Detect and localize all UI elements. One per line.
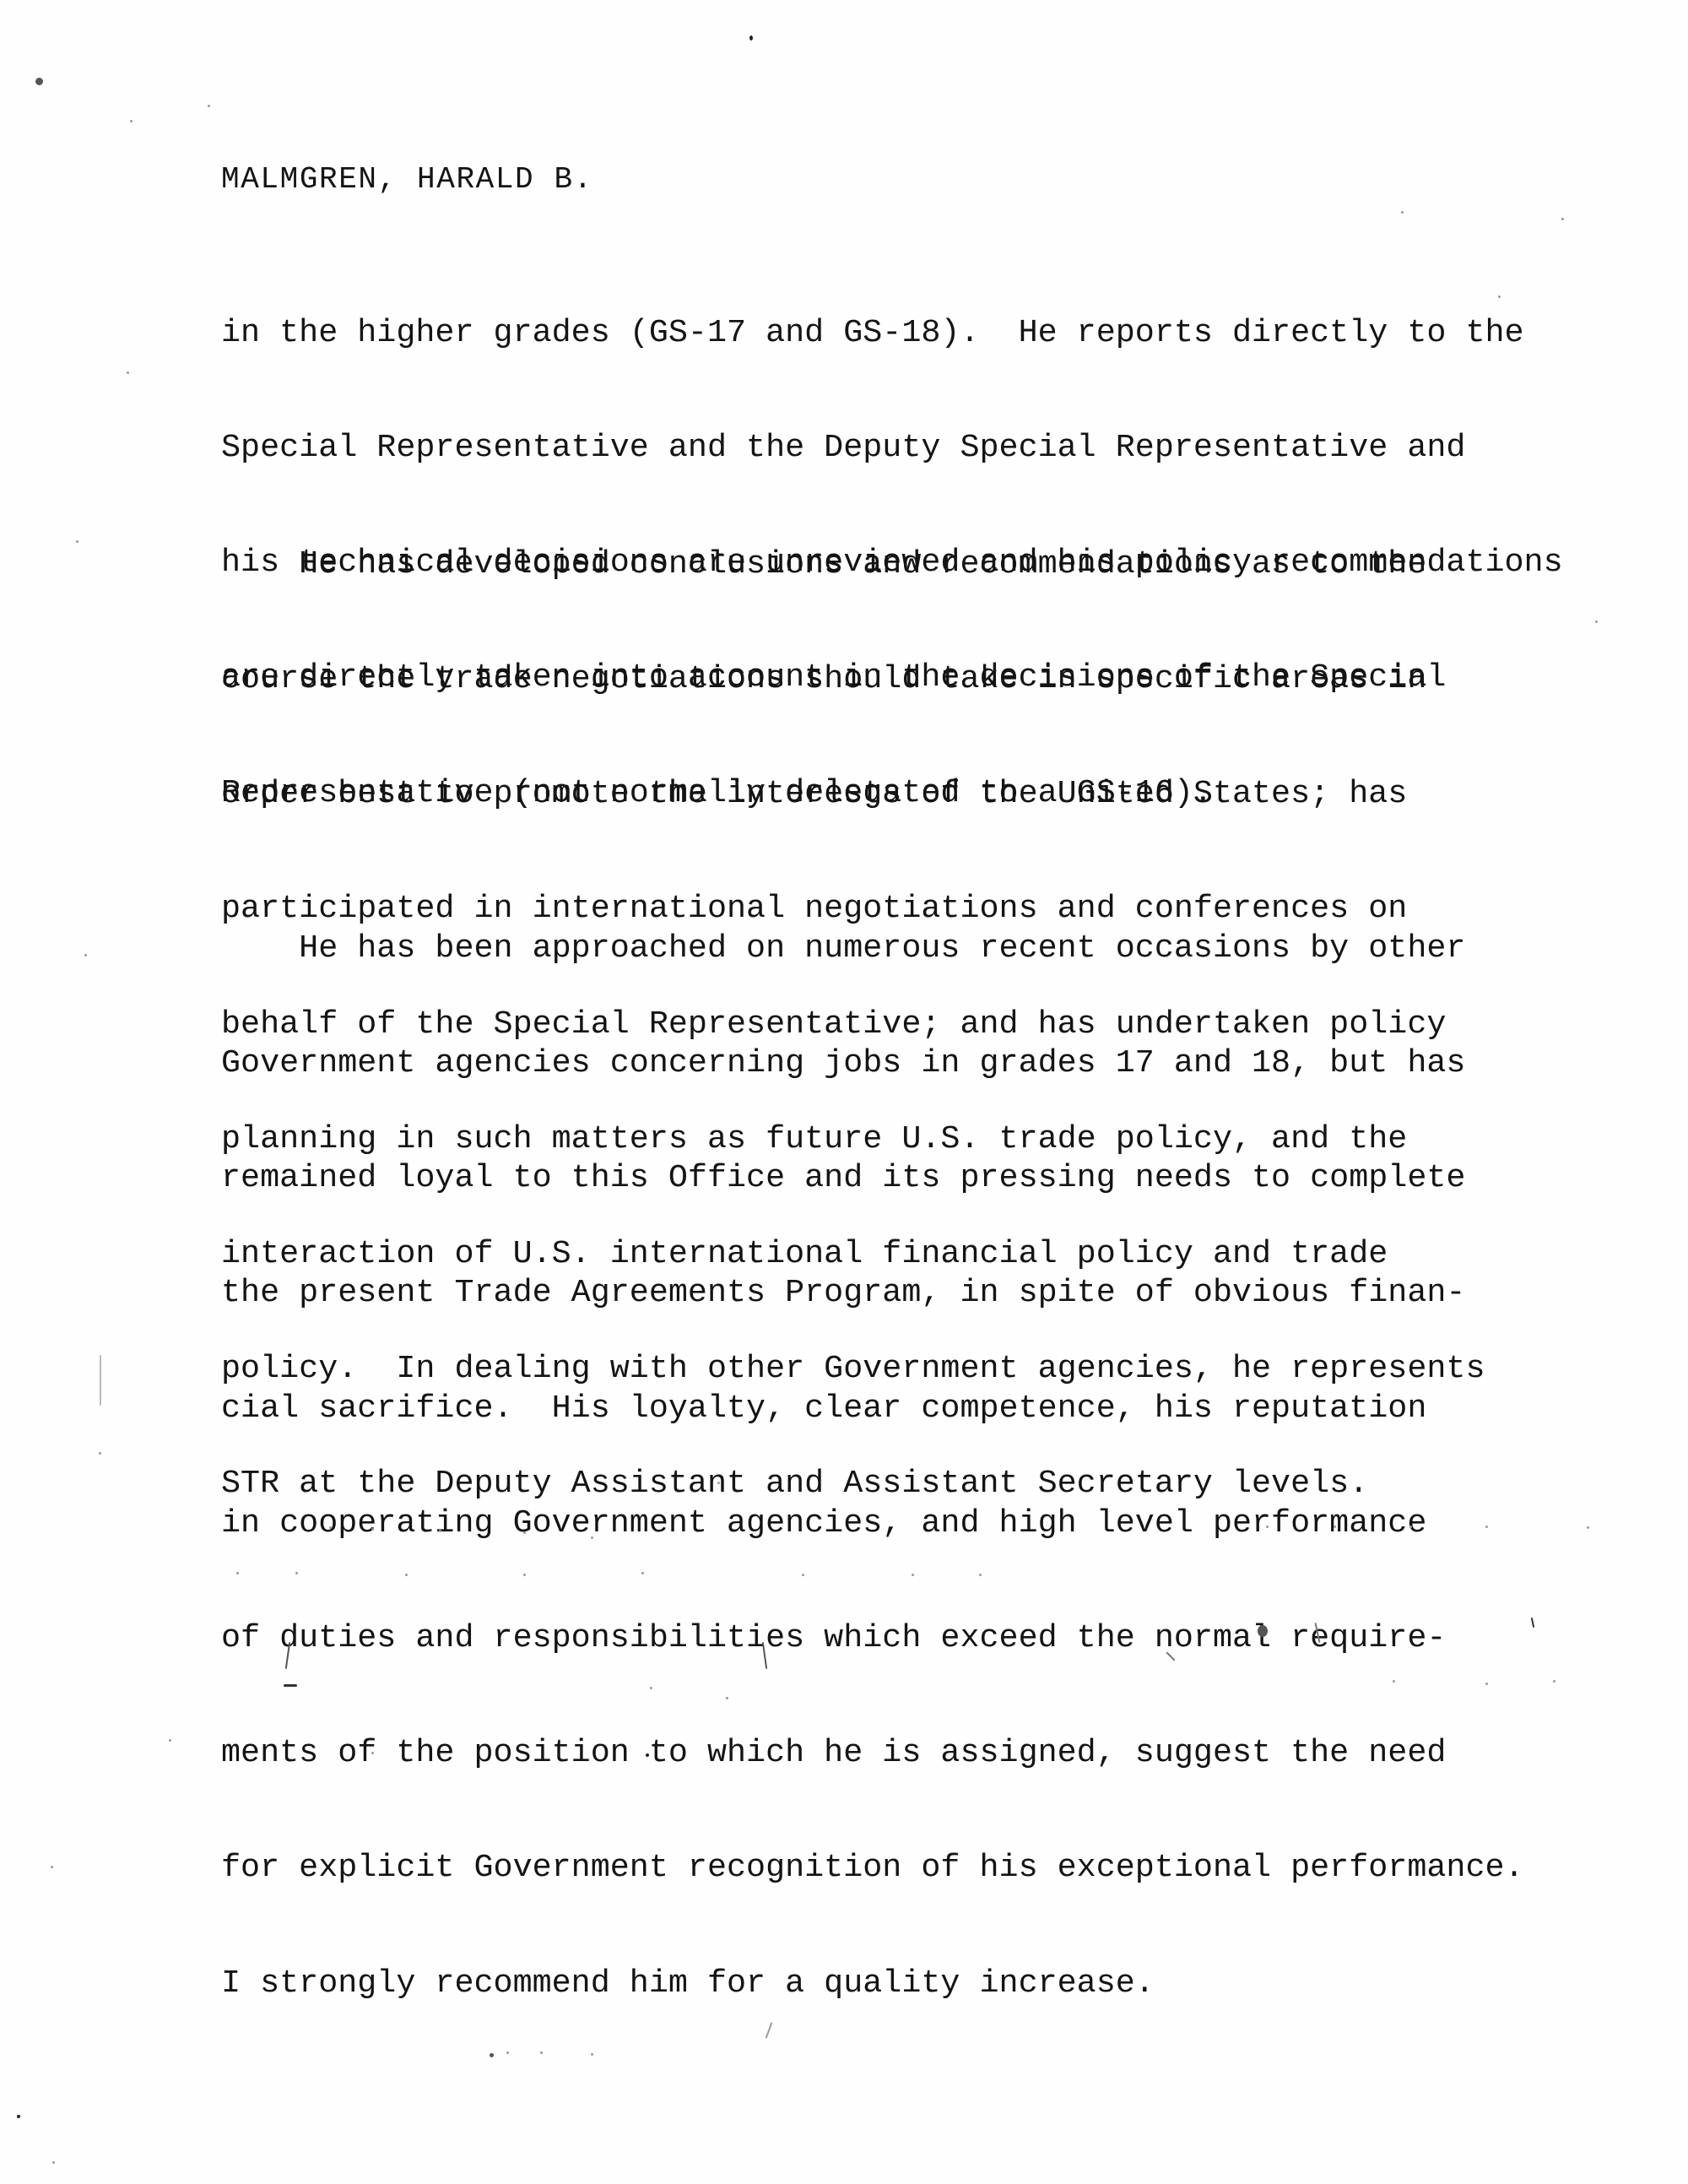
scan-speck <box>591 2053 593 2056</box>
employee-name-header: MALMGREN, HARALD B. <box>221 160 593 198</box>
scan-speck <box>1393 1680 1395 1683</box>
scan-speck <box>1498 295 1501 298</box>
scan-speck <box>405 1574 408 1576</box>
scan-speck <box>51 1866 53 1868</box>
document-page: MALMGREN, HARALD B. in the higher grades… <box>0 0 1688 2184</box>
scan-speck <box>1595 621 1598 623</box>
scan-speck <box>979 1574 982 1576</box>
scan-speck <box>1266 1526 1269 1528</box>
scan-speck <box>1334 1526 1336 1528</box>
scan-speck <box>208 105 210 107</box>
scan-speck <box>371 1528 374 1531</box>
text-line: I strongly recommend him for a quality i… <box>221 1965 1524 2002</box>
scan-speck <box>1587 1526 1589 1529</box>
text-line: in the higher grades (GS-17 and GS-18). … <box>221 314 1563 352</box>
text-line: the present Trade Agreements Program, in… <box>221 1274 1524 1312</box>
text-line: cial sacrifice. His loyalty, clear compe… <box>221 1390 1524 1428</box>
scan-speck <box>1485 1526 1488 1528</box>
scan-speck <box>17 2115 20 2118</box>
scan-speck <box>76 540 78 543</box>
scan-speck <box>169 1739 171 1742</box>
text-line: Special Representative and the Deputy Sp… <box>221 429 1563 467</box>
scan-speck <box>540 2051 543 2054</box>
scan-speck <box>130 120 133 122</box>
scan-speck <box>523 1531 526 1534</box>
scan-speck <box>371 1752 374 1754</box>
scan-speck <box>650 1687 652 1689</box>
text-line: He has been approached on numerous recen… <box>221 929 1524 967</box>
scan-speck <box>726 1697 728 1699</box>
scan-speck <box>506 2051 509 2054</box>
scan-speck <box>523 1574 526 1576</box>
text-line: course the trade negotiations should tak… <box>221 660 1485 698</box>
text-line: for explicit Government recognition of h… <box>221 1849 1524 1887</box>
scan-speck <box>490 2053 494 2057</box>
scan-speck <box>641 1572 644 1574</box>
scan-speck <box>646 1753 649 1757</box>
scan-speck <box>912 1574 914 1576</box>
scan-speck <box>749 35 753 41</box>
text-line: order best to promote the interests of t… <box>221 775 1485 813</box>
scan-speck <box>591 1536 593 1539</box>
text-line: ments of the position to which he is ass… <box>221 1734 1524 1772</box>
scan-speck <box>802 1574 804 1576</box>
scan-speck <box>236 1572 239 1574</box>
scan-speck <box>127 371 129 374</box>
text-line: of duties and responsibilities which exc… <box>221 1619 1524 1657</box>
scan-speck <box>717 1482 720 1484</box>
scan-speck <box>295 1572 298 1574</box>
scan-speck <box>99 1452 101 1455</box>
scan-speck <box>1258 1625 1268 1637</box>
scan-speck <box>35 78 43 85</box>
text-line: remained loyal to this Office and its pr… <box>221 1159 1524 1197</box>
scan-speck <box>1401 211 1404 214</box>
text-line: He has developed conclusions and recomme… <box>221 545 1485 583</box>
paragraph-3: He has been approached on numerous recen… <box>221 853 1524 2079</box>
scan-speck <box>52 2161 55 2164</box>
scan-speck <box>1553 1680 1555 1683</box>
scan-speck <box>439 1530 441 1532</box>
text-line: Government agencies concerning jobs in g… <box>221 1044 1524 1082</box>
scan-speck <box>1409 1526 1412 1528</box>
scan-streak <box>284 1684 297 1687</box>
scan-streak <box>1531 1618 1534 1628</box>
scan-streak <box>100 1355 101 1406</box>
scan-speck <box>84 954 87 957</box>
scan-speck <box>1561 218 1564 220</box>
scan-speck <box>1485 1683 1488 1685</box>
scan-speck <box>329 1526 332 1529</box>
text-line: in cooperating Government agencies, and … <box>221 1504 1524 1542</box>
